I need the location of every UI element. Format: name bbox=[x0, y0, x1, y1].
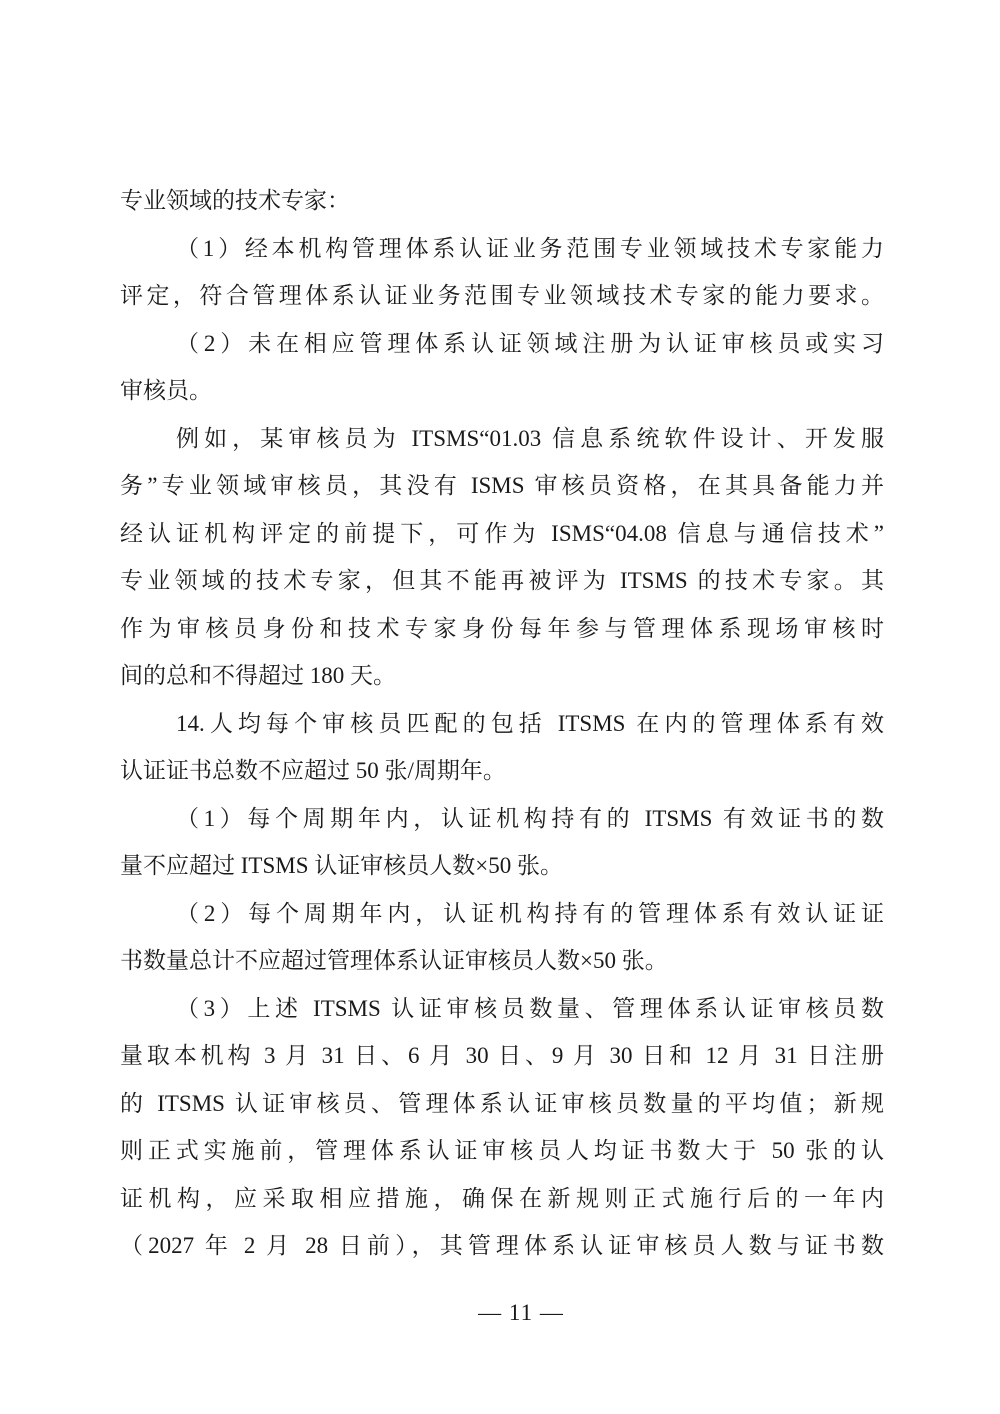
page-footer: — 11 — bbox=[0, 1297, 1000, 1329]
text-line: 专业领域的技术专家： bbox=[120, 177, 884, 225]
text-line: 评定，符合管理体系认证业务范围专业领域技术专家的能力要求。 bbox=[120, 272, 884, 320]
text-line: 专业领域的技术专家，但其不能再被评为 ITSMS 的技术专家。其 bbox=[120, 557, 884, 605]
text-line: 间的总和不得超过 180 天。 bbox=[120, 652, 884, 700]
text-line: （2027 年 2 月 28 日前），其管理体系认证审核员人数与证书数 bbox=[120, 1222, 884, 1270]
text-line: 例如，某审核员为 ITSMS“01.03 信息系统软件设计、开发服 bbox=[120, 415, 884, 463]
text-line: 务”专业领域审核员，其没有 ISMS 审核员资格，在其具备能力并 bbox=[120, 462, 884, 510]
text-line: 认证证书总数不应超过 50 张/周期年。 bbox=[120, 747, 884, 795]
text-line: （3）上述 ITSMS 认证审核员数量、管理体系认证审核员数 bbox=[120, 985, 884, 1033]
text-line: （1）经本机构管理体系认证业务范围专业领域技术专家能力 bbox=[120, 225, 884, 273]
text-line: 量取本机构 3 月 31 日、6 月 30 日、9 月 30 日和 12 月 3… bbox=[120, 1032, 884, 1080]
document-page: 专业领域的技术专家： （1）经本机构管理体系认证业务范围专业领域技术专家能力 评… bbox=[0, 0, 1000, 1414]
text-line: 作为审核员身份和技术专家身份每年参与管理体系现场审核时 bbox=[120, 605, 884, 653]
text-line: 书数量总计不应超过管理体系认证审核员人数×50 张。 bbox=[120, 937, 884, 985]
text-line: （2）未在相应管理体系认证领域注册为认证审核员或实习 bbox=[120, 320, 884, 368]
text-line: （1）每个周期年内，认证机构持有的 ITSMS 有效证书的数 bbox=[120, 795, 884, 843]
document-body: 专业领域的技术专家： （1）经本机构管理体系认证业务范围专业领域技术专家能力 评… bbox=[120, 177, 884, 1270]
text-line: 14.人均每个审核员匹配的包括 ITSMS 在内的管理体系有效 bbox=[120, 700, 884, 748]
text-line: 则正式实施前，管理体系认证审核员人均证书数大于 50 张的认 bbox=[120, 1127, 884, 1175]
text-line: 的 ITSMS 认证审核员、管理体系认证审核员数量的平均值；新规 bbox=[120, 1080, 884, 1128]
page-number: — 11 — bbox=[478, 1300, 564, 1325]
text-line: 经认证机构评定的前提下，可作为 ISMS“04.08 信息与通信技术” bbox=[120, 510, 884, 558]
text-line: 证机构，应采取相应措施，确保在新规则正式施行后的一年内 bbox=[120, 1175, 884, 1223]
text-line: （2）每个周期年内，认证机构持有的管理体系有效认证证 bbox=[120, 890, 884, 938]
text-line: 量不应超过 ITSMS 认证审核员人数×50 张。 bbox=[120, 842, 884, 890]
text-line: 审核员。 bbox=[120, 367, 884, 415]
